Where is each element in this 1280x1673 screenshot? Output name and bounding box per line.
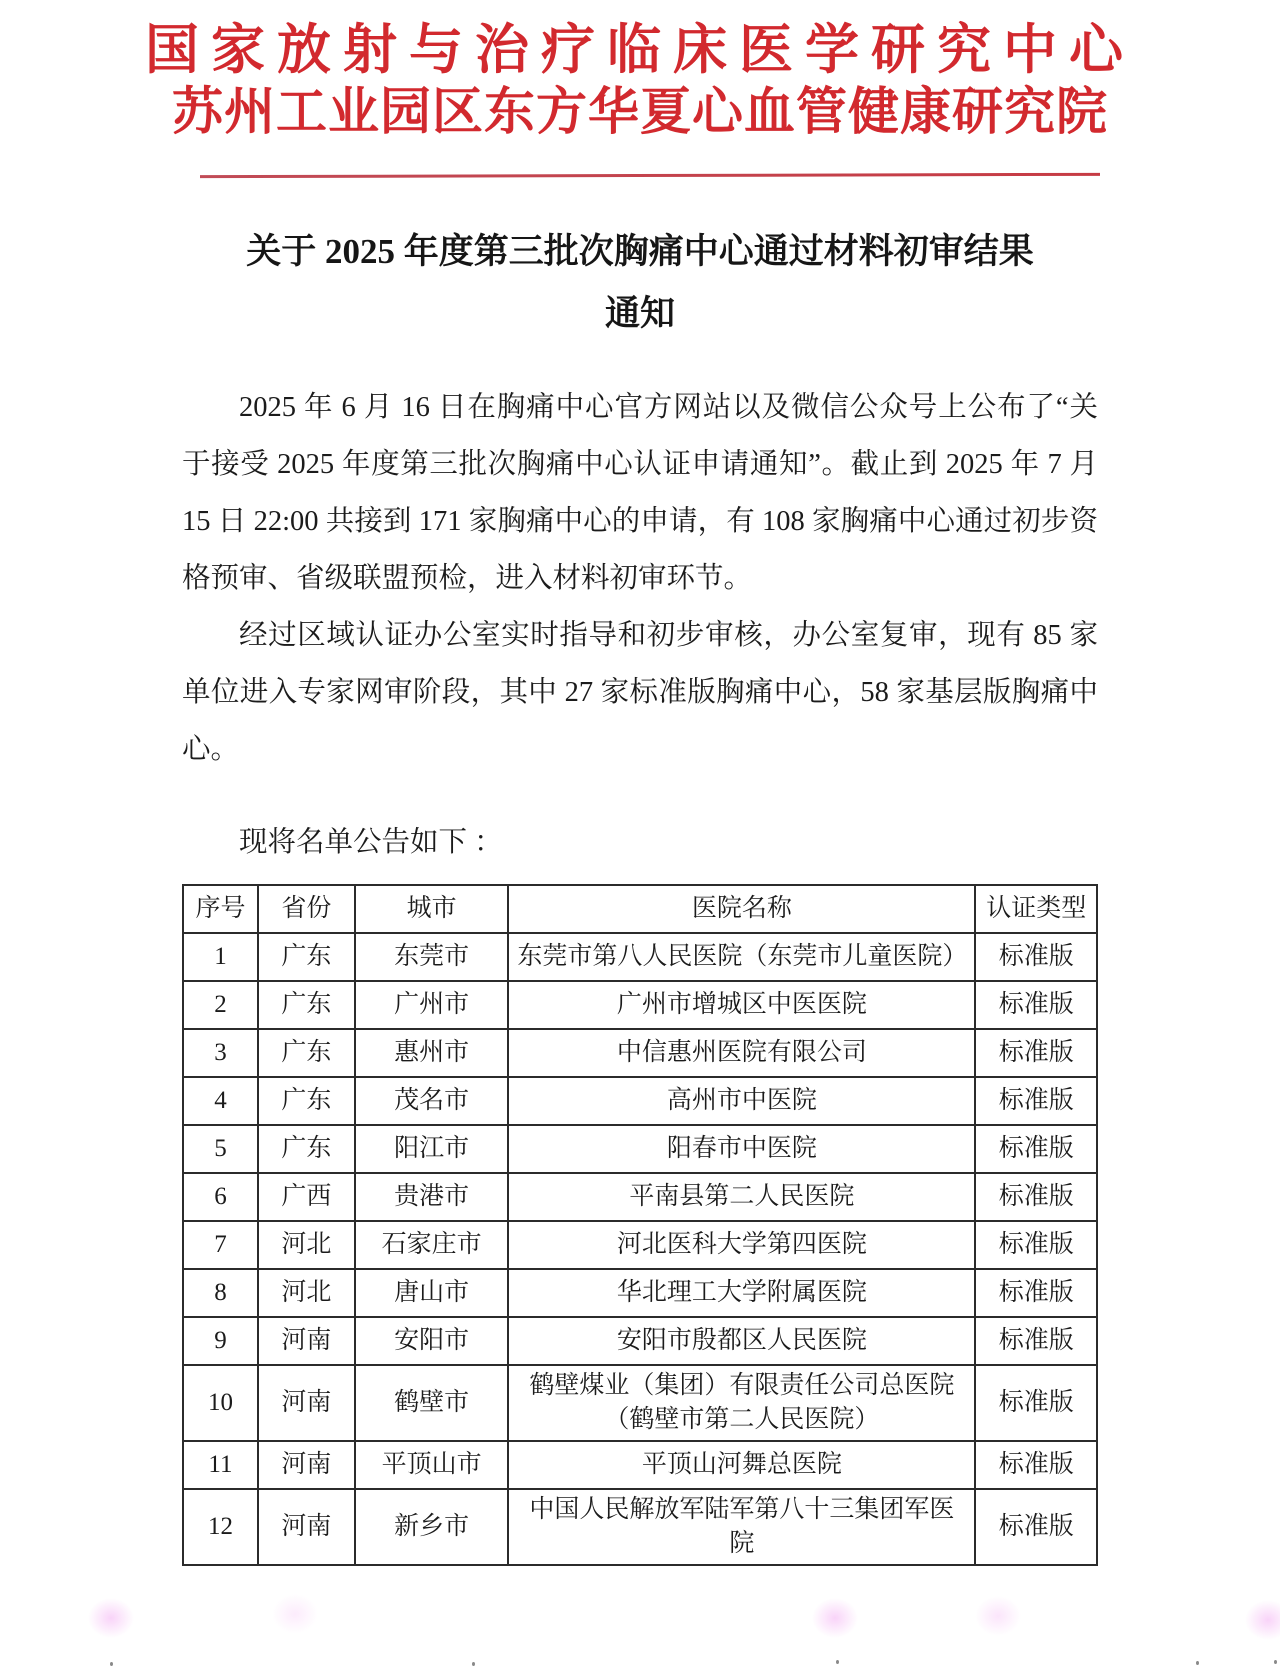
cell-city: 平顶山市	[355, 1441, 509, 1489]
cell-index: 1	[183, 933, 258, 981]
cell-index: 8	[183, 1269, 258, 1317]
cell-cert-type: 标准版	[975, 1441, 1097, 1489]
scan-smudge	[272, 1594, 318, 1634]
cell-index: 5	[183, 1125, 258, 1173]
cell-hospital-name: 平南县第二人民医院	[508, 1173, 975, 1221]
table-row: 11河南平顶山市平顶山河舞总医院标准版	[183, 1441, 1097, 1489]
cell-province: 广东	[258, 1077, 355, 1125]
scan-smudge	[88, 1598, 134, 1638]
letterhead-line2: 苏州工业园区东方华夏心血管健康研究院	[0, 82, 1280, 144]
cell-hospital-name: 平顶山河舞总医院	[508, 1441, 975, 1489]
cell-index: 3	[183, 1029, 258, 1077]
cell-cert-type: 标准版	[975, 1173, 1097, 1221]
paragraph-announcement: 2025 年 6 月 16 日在胸痛中心官方网站以及微信公众号上公布了“关于接受…	[182, 379, 1098, 607]
cell-province: 广东	[258, 1029, 355, 1077]
table-row: 6广西贵港市平南县第二人民医院标准版	[183, 1173, 1097, 1221]
document-page: 国家放射与治疗临床医学研究中心 苏州工业园区东方华夏心血管健康研究院 关于 20…	[0, 0, 1280, 1673]
table-row: 12河南新乡市中国人民解放军陆军第八十三集团军医院标准版	[183, 1489, 1097, 1565]
table-row: 1广东东莞市东莞市第八人民医院（东莞市儿童医院）标准版	[183, 933, 1097, 981]
table-row: 2广东广州市广州市增城区中医医院标准版	[183, 981, 1097, 1029]
scan-smudge	[1245, 1600, 1280, 1640]
cell-province: 河北	[258, 1269, 355, 1317]
cell-province: 广东	[258, 981, 355, 1029]
cell-city: 安阳市	[355, 1317, 509, 1365]
cell-hospital-name: 阳春市中医院	[508, 1125, 975, 1173]
column-header: 认证类型	[975, 885, 1097, 933]
cell-hospital-name: 华北理工大学附属医院	[508, 1269, 975, 1317]
table-row: 8河北唐山市华北理工大学附属医院标准版	[183, 1269, 1097, 1317]
table-row: 5广东阳江市阳春市中医院标准版	[183, 1125, 1097, 1173]
cell-cert-type: 标准版	[975, 1489, 1097, 1565]
cell-city: 唐山市	[355, 1269, 509, 1317]
letterhead: 国家放射与治疗临床医学研究中心 苏州工业园区东方华夏心血管健康研究院	[0, 0, 1280, 177]
cell-province: 河南	[258, 1365, 355, 1441]
cell-cert-type: 标准版	[975, 1125, 1097, 1173]
cell-cert-type: 标准版	[975, 981, 1097, 1029]
cell-hospital-name: 高州市中医院	[508, 1077, 975, 1125]
cell-city: 鹤壁市	[355, 1365, 509, 1441]
cell-province: 广东	[258, 1125, 355, 1173]
cell-province: 广东	[258, 933, 355, 981]
scan-speck	[110, 1662, 113, 1666]
cell-province: 河南	[258, 1317, 355, 1365]
cell-city: 阳江市	[355, 1125, 509, 1173]
cell-cert-type: 标准版	[975, 1365, 1097, 1441]
cell-index: 4	[183, 1077, 258, 1125]
cell-province: 河南	[258, 1441, 355, 1489]
scan-speck	[836, 1660, 839, 1664]
column-header: 医院名称	[508, 885, 975, 933]
cell-city: 东莞市	[355, 933, 509, 981]
cell-cert-type: 标准版	[975, 1077, 1097, 1125]
scan-speck	[472, 1662, 475, 1666]
scan-smudge	[812, 1598, 858, 1638]
cell-province: 河南	[258, 1489, 355, 1565]
cell-city: 茂名市	[355, 1077, 509, 1125]
column-header: 序号	[183, 885, 258, 933]
notice-title: 关于 2025 年度第三批次胸痛中心通过材料初审结果 通知	[120, 221, 1160, 345]
cell-index: 9	[183, 1317, 258, 1365]
cell-cert-type: 标准版	[975, 933, 1097, 981]
cell-hospital-name: 中国人民解放军陆军第八十三集团军医院	[508, 1489, 975, 1565]
cell-hospital-name: 安阳市殷都区人民医院	[508, 1317, 975, 1365]
cell-index: 11	[183, 1441, 258, 1489]
cell-cert-type: 标准版	[975, 1269, 1097, 1317]
table-row: 10河南鹤壁市鹤壁煤业（集团）有限责任公司总医院（鹤壁市第二人民医院）标准版	[183, 1365, 1097, 1441]
cell-index: 2	[183, 981, 258, 1029]
notice-title-line2: 通知	[605, 294, 675, 333]
table-row: 3广东惠州市中信惠州医院有限公司标准版	[183, 1029, 1097, 1077]
table-header-row: 序号省份城市医院名称认证类型	[183, 885, 1097, 933]
cell-index: 10	[183, 1365, 258, 1441]
paragraph-list-intro: 现将名单公告如下 ：	[182, 814, 1098, 871]
cell-city: 广州市	[355, 981, 509, 1029]
table-row: 4广东茂名市高州市中医院标准版	[183, 1077, 1097, 1125]
scan-smudge	[975, 1596, 1021, 1636]
notice-title-line1: 关于 2025 年度第三批次胸痛中心通过材料初审结果	[246, 232, 1034, 271]
cell-city: 惠州市	[355, 1029, 509, 1077]
cell-index: 7	[183, 1221, 258, 1269]
table-row: 9河南安阳市安阳市殷都区人民医院标准版	[183, 1317, 1097, 1365]
cell-cert-type: 标准版	[975, 1221, 1097, 1269]
cell-hospital-name: 广州市增城区中医医院	[508, 981, 975, 1029]
scan-speck	[1274, 1660, 1277, 1664]
cell-city: 新乡市	[355, 1489, 509, 1565]
hospital-table: 序号省份城市医院名称认证类型 1广东东莞市东莞市第八人民医院（东莞市儿童医院）标…	[182, 884, 1098, 1566]
scan-speck	[1196, 1661, 1199, 1665]
cell-hospital-name: 东莞市第八人民医院（东莞市儿童医院）	[508, 933, 975, 981]
cell-province: 河北	[258, 1221, 355, 1269]
cell-city: 石家庄市	[355, 1221, 509, 1269]
cell-cert-type: 标准版	[975, 1317, 1097, 1365]
cell-hospital-name: 鹤壁煤业（集团）有限责任公司总医院（鹤壁市第二人民医院）	[508, 1365, 975, 1441]
cell-cert-type: 标准版	[975, 1029, 1097, 1077]
table-body: 1广东东莞市东莞市第八人民医院（东莞市儿童医院）标准版2广东广州市广州市增城区中…	[183, 933, 1097, 1565]
cell-hospital-name: 中信惠州医院有限公司	[508, 1029, 975, 1077]
cell-city: 贵港市	[355, 1173, 509, 1221]
letterhead-divider	[200, 173, 1100, 178]
table-row: 7河北石家庄市河北医科大学第四医院标准版	[183, 1221, 1097, 1269]
cell-hospital-name: 河北医科大学第四医院	[508, 1221, 975, 1269]
column-header: 城市	[355, 885, 509, 933]
paragraph-review-summary: 经过区域认证办公室实时指导和初步审核，办公室复审，现有 85 家单位进入专家网审…	[182, 607, 1098, 778]
cell-index: 12	[183, 1489, 258, 1565]
letterhead-line1: 国家放射与治疗临床医学研究中心	[0, 18, 1280, 82]
column-header: 省份	[258, 885, 355, 933]
cell-province: 广西	[258, 1173, 355, 1221]
cell-index: 6	[183, 1173, 258, 1221]
